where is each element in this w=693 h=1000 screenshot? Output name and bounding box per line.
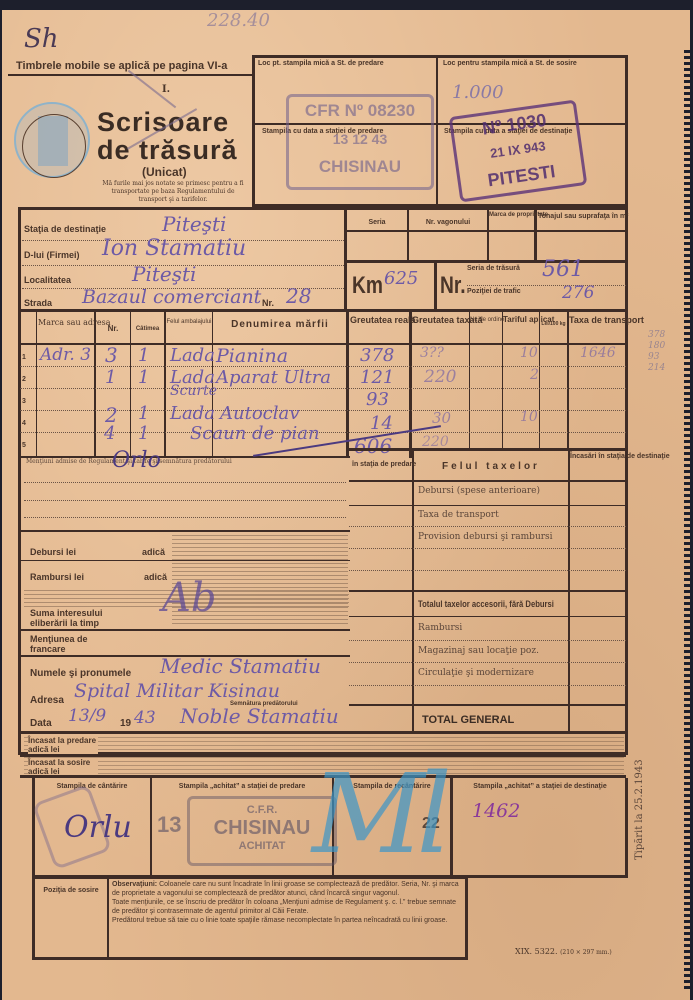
corner-signature: Sh: [24, 24, 59, 54]
collected-arrival-label: Încasat la sosire adică lei: [28, 758, 98, 776]
sender-address-label: Adresa: [30, 695, 64, 706]
printed-date: Tipărit la 25.2.1943: [634, 759, 645, 860]
year-prefix: 19: [120, 718, 131, 729]
nr-label: Nr.: [440, 272, 466, 300]
debours-scribble: Ab: [162, 575, 217, 621]
sender-name-value: Medic Stamatiu: [160, 654, 321, 678]
fee-debours: Debursi (spese anterioare): [418, 486, 540, 496]
locality-value: Piteşti: [132, 262, 196, 286]
arrival-paid-handwriting: 1462: [472, 800, 520, 822]
fee-circulation: Circulaţie şi modernizare: [418, 668, 534, 678]
col-mark: Marca sau adresa: [38, 318, 94, 327]
street-value: Bazaul comerciant: [82, 286, 261, 308]
col-real-weight: Greutatea reală: [350, 315, 408, 326]
col-packaging: Felul ambalajului: [166, 318, 212, 327]
km-value: 625: [384, 268, 418, 289]
fees-col-arrival: Încasări în staţia de destinaţie: [570, 452, 626, 461]
small-stamp-arrival-label: Loc pentru stampila mică a St. de sosire: [443, 59, 577, 68]
traffic-position-value: 276: [562, 283, 594, 303]
margin-pencil-notes: 378 180 93 214: [648, 330, 665, 374]
wagon-ownership-header: Marca de proprietate: [489, 212, 534, 219]
km-label: Km: [352, 272, 383, 300]
col-nr: Nr.: [96, 324, 130, 333]
fee-transport: Taxa de transport: [418, 510, 499, 520]
intro-text: Mă furile mai jos notate se primesc pent…: [98, 180, 248, 204]
year-value: 43: [134, 708, 156, 728]
debours-adica: adică: [142, 547, 165, 557]
col-tariff: Tariful aplicat: [503, 315, 539, 325]
destination-station-value: Piteşti: [162, 212, 226, 236]
table-row: 2 1 1 Lada Aparat Ultra 121 220 2: [20, 367, 626, 389]
fee-accessory-total: Totalul taxelor accesorii, fără Debursi: [418, 599, 554, 609]
sender-date-value: 13/9: [68, 706, 106, 726]
table-row: 1 Adr. 3 3 1 Lada Pianina 378 3?? 10 164…: [20, 345, 626, 367]
weighing-stamp-label: Stampila de cântărire: [34, 782, 150, 791]
debours-label: Debursi lei: [30, 547, 76, 557]
wagon-number-header: Nr. vagonului: [409, 218, 487, 227]
waybill-document: Sh 228.40 Timbrele mobile se aplică pe p…: [2, 10, 690, 1000]
paid-departure-label: Stampila „achitat” a staţiei de predare: [152, 782, 332, 791]
departure-date-stamp: CFR Nº 08230 13 12 43 CHISINAU: [286, 94, 434, 190]
locality-label: Localitatea: [24, 275, 71, 285]
col-description: Denumirea mărfii: [214, 320, 346, 329]
arrival-position-label: Poziţia de sosire: [36, 886, 106, 895]
paid-arrival-label: Stampila „achitat” a staţiei de destinaţ…: [454, 782, 626, 791]
col-rate: Lei/100 kg: [540, 320, 567, 329]
page-number: I.: [162, 84, 170, 95]
print-code: XIX. 5322. (210 × 297 mm.): [515, 947, 612, 956]
fee-storage: Magazinaj sau locaţie poz.: [418, 646, 539, 656]
consignee-firm-label: D-lui (Firmei): [24, 250, 80, 260]
sender-signature: Noble Stamatiu: [180, 704, 339, 728]
franking-label: Menţiunea de francare: [30, 634, 110, 654]
col-taxed-weight: Greutatea taxată: [412, 315, 469, 326]
wagon-tonnage-header: Tonajul sau suprafaţa în m²: [538, 212, 626, 221]
consignee-firm-value: Ion Stamatiu: [102, 236, 246, 261]
street-number-label: Nr.: [262, 298, 274, 308]
rambours-label: Rambursi lei: [30, 572, 84, 582]
traffic-position-label: Poziţiei de trafic: [467, 287, 527, 296]
corner-pencil-number: 228.40: [207, 10, 270, 31]
paid-stamp-number: 13: [157, 812, 181, 838]
fees-col-type: Felul taxelor: [416, 462, 566, 471]
fee-rambours: Rambursi: [418, 623, 462, 633]
collected-departure-label: Încasat la predare adică lei: [28, 736, 98, 754]
small-stamp-departure-label: Loc pt. stampila mică a St. de predare: [258, 59, 384, 68]
arrival-handwriting: 1.000: [452, 82, 504, 103]
wagon-series-header: Seria: [348, 218, 406, 227]
col-order-nr: Nr. de ordine: [470, 316, 502, 325]
blue-crayon-mark: Ml: [312, 750, 444, 878]
col-quantity: Câtimea: [131, 325, 164, 334]
observations-text: Observaţiuni: Coloanele care nu sunt înc…: [112, 880, 462, 925]
fees-col-departure: în staţia de predare: [352, 460, 410, 469]
stamp-notice: Timbrele mobile se aplică pe pagina VI-a: [16, 60, 227, 72]
street-label: Strada: [24, 298, 52, 308]
street-number-value: 28: [286, 284, 311, 308]
sender-name-label: Numele şi pronumele: [30, 668, 131, 679]
sender-date-label: Data: [30, 718, 52, 729]
fee-provision: Provision debursi şi rambursi: [418, 532, 553, 542]
weighing-signature: Orlu: [64, 810, 132, 845]
document-title: Scrisoare de trăsură: [97, 108, 238, 164]
railway-seal-icon: [14, 102, 90, 178]
series-label: Seria de trăsură: [467, 264, 527, 273]
fee-grand-total: TOTAL GENERAL: [422, 714, 514, 726]
col-transport-tax: Taxa de transport: [569, 315, 626, 326]
mentions-signature: Orlo: [112, 448, 161, 473]
sender-address-value: Spital Militar Kisinau: [74, 680, 280, 702]
document-subtitle: (Unicat): [142, 165, 187, 179]
perforated-edge: [684, 50, 690, 990]
interest-label: Suma interesului eliberării la timp: [30, 608, 120, 628]
destination-station-label: Staţia de destinaţie: [24, 224, 106, 234]
arrival-date-stamp: Nº 1030 21 IX 943 PITESTI: [449, 100, 588, 203]
series-value: 561: [542, 257, 584, 282]
